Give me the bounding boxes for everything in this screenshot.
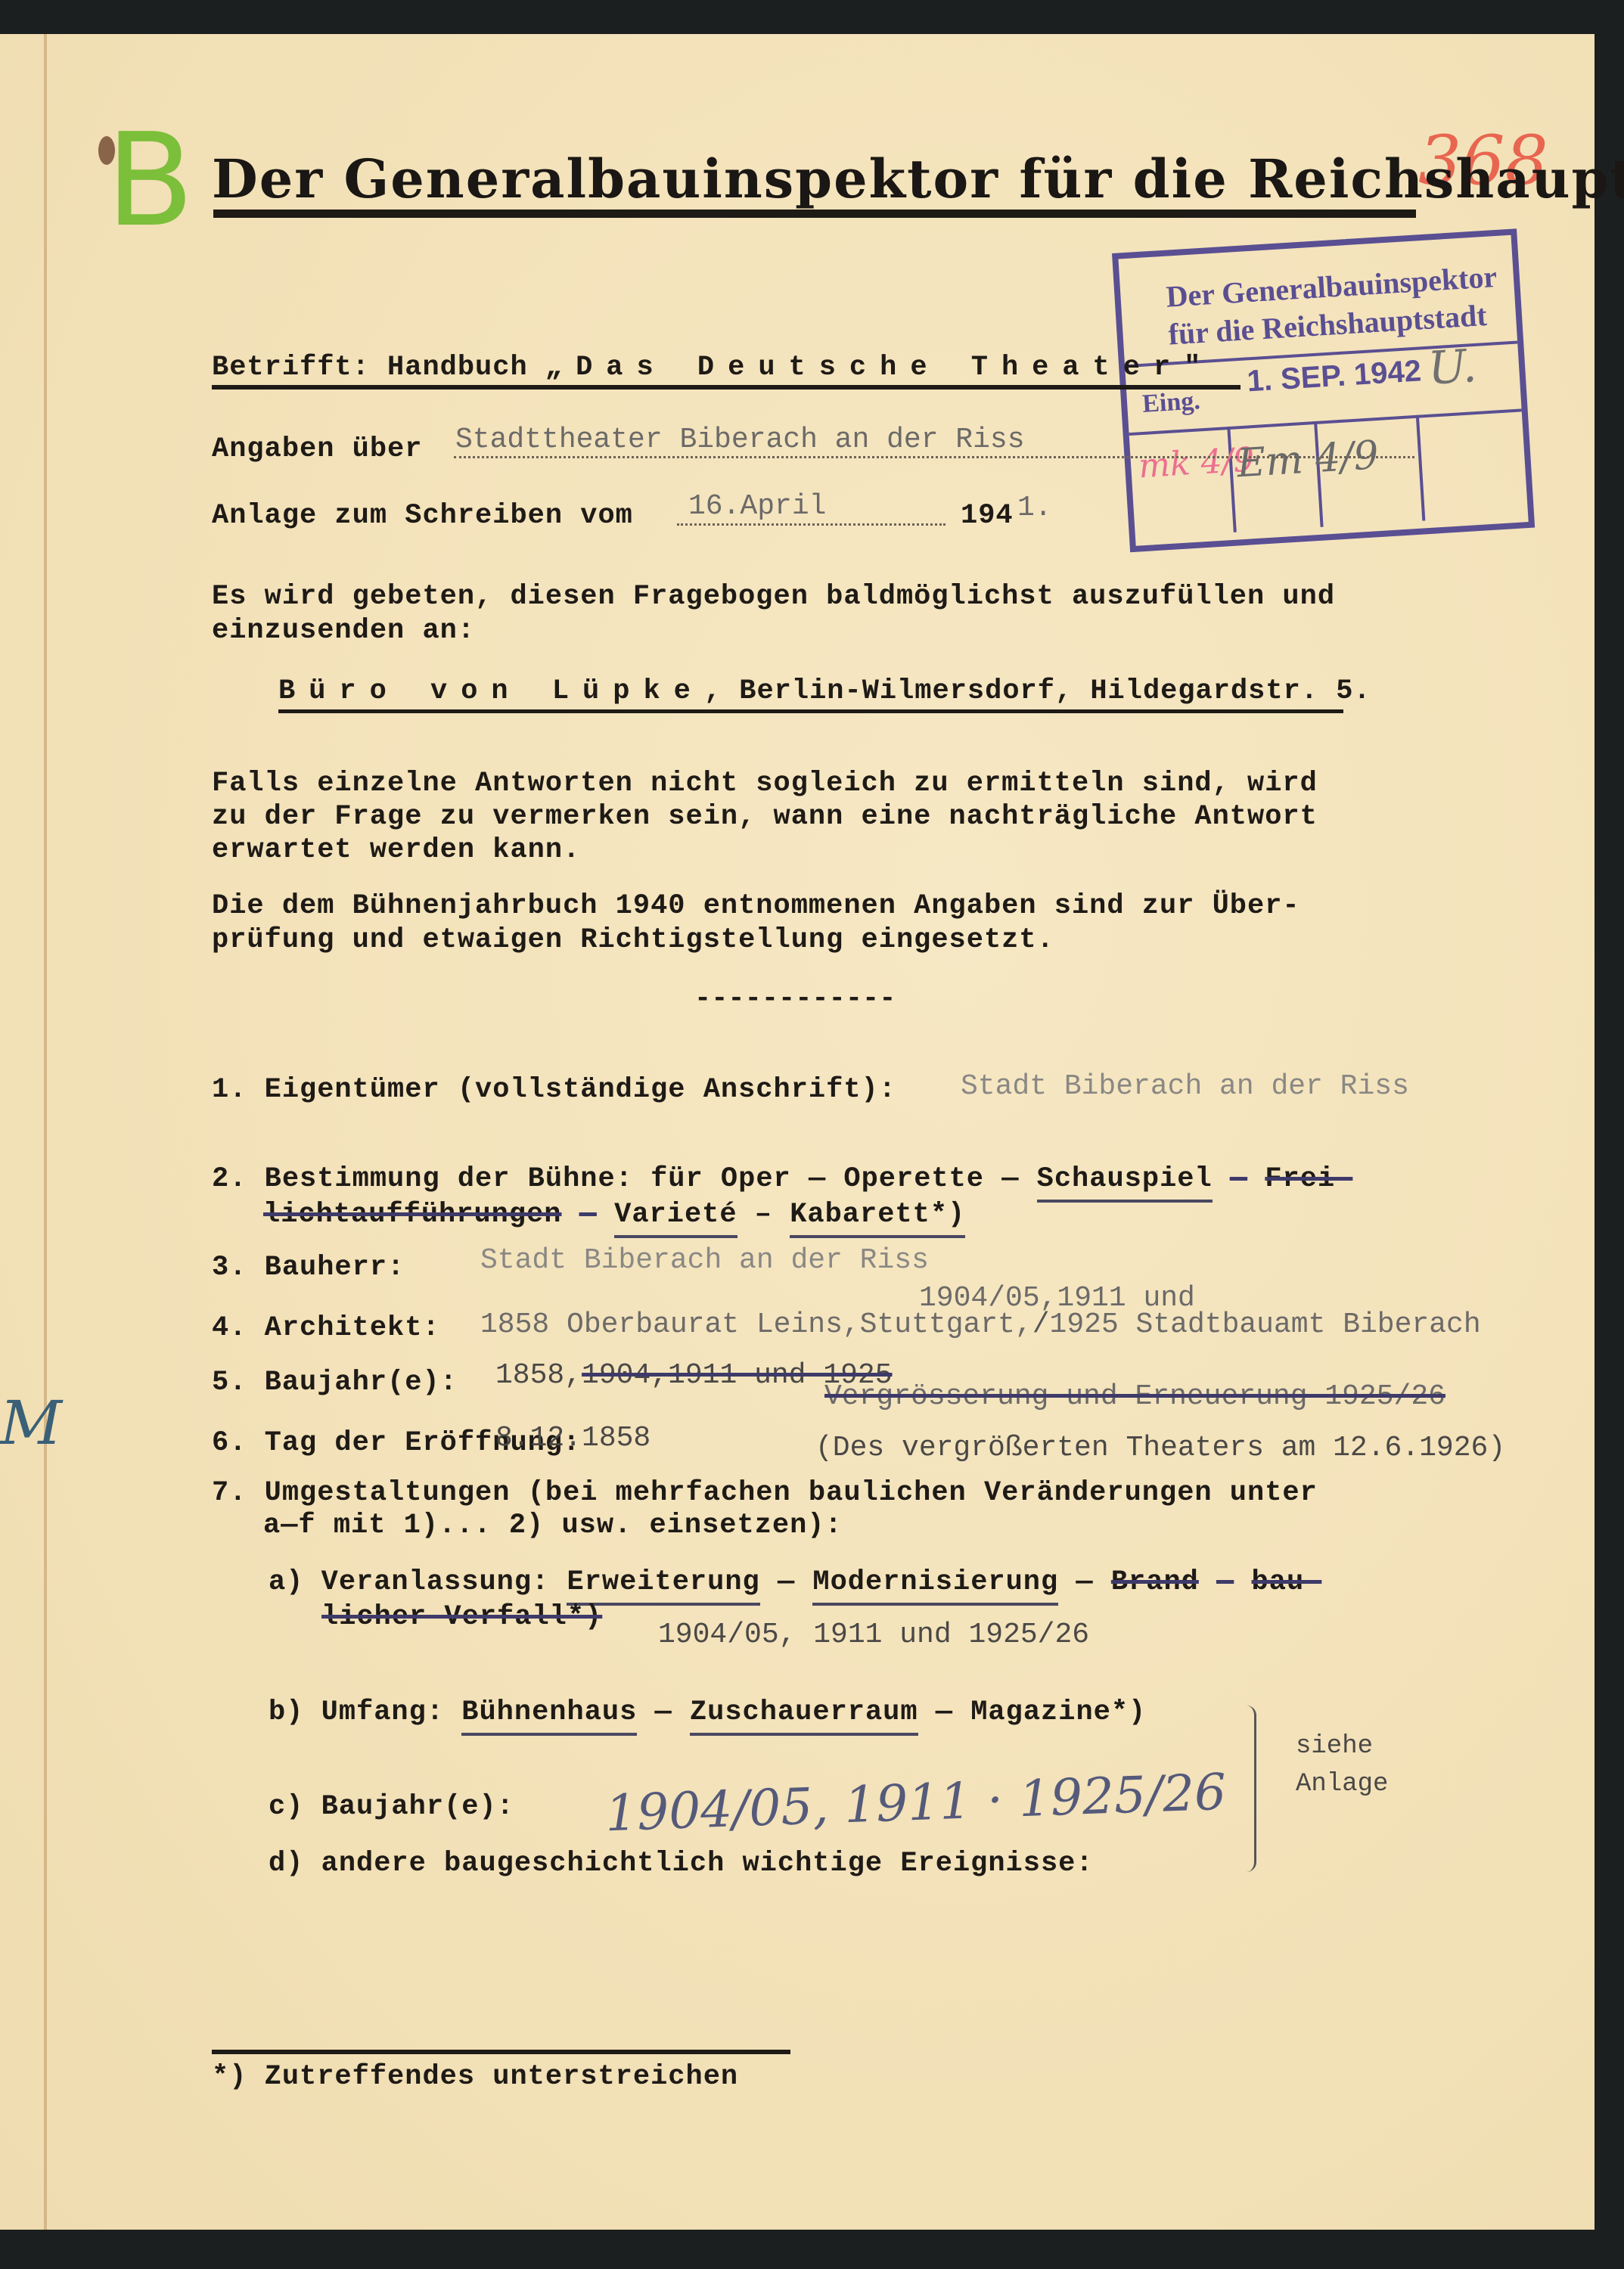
q2-line-1: 2. Bestimmung der Bühne: für Oper — Oper… bbox=[212, 1163, 1352, 1195]
q7a-option-verfall: licher Verfall*) bbox=[321, 1601, 602, 1633]
about-value: Stadttheater Biberach an der Riss bbox=[455, 424, 1025, 456]
note2-line-1: Die dem Bühnenjahrbuch 1940 entnommenen … bbox=[212, 890, 1300, 922]
q7b-option-buehnenhaus: Bühnenhaus bbox=[461, 1696, 637, 1736]
q5-label: 5. Baujahr(e): bbox=[212, 1367, 458, 1398]
q2-line-2: lichtaufführungen — Varieté – Kabarett*) bbox=[263, 1199, 965, 1231]
attachment-date-line bbox=[677, 523, 946, 526]
q7-label-line-1: 7. Umgestaltungen (bei mehrfachen baulic… bbox=[212, 1477, 1318, 1509]
q5-struck-note: Vergrösserung und Erneuerung 1925/26 bbox=[824, 1380, 1445, 1413]
subject-underline bbox=[212, 385, 1241, 390]
q2-option-schauspiel: Schauspiel bbox=[1037, 1163, 1213, 1203]
bracket-note-line-2: Anlage bbox=[1296, 1770, 1388, 1799]
q5-answer-year: 1858, bbox=[495, 1359, 582, 1392]
q4-answer-part2: 1925 Stadtbauamt Biberach bbox=[1050, 1308, 1481, 1341]
request-line-2: einzusenden an: bbox=[212, 615, 475, 647]
q7a-option-modernisierung: Modernisierung bbox=[812, 1566, 1058, 1606]
ink-spot bbox=[98, 136, 115, 165]
q7b-label: b) Umfang: bbox=[269, 1696, 444, 1728]
q1-answer: Stadt Biberach an der Riss bbox=[961, 1070, 1409, 1103]
q7-label-line-2: a—f mit 1)... 2) usw. einsetzen): bbox=[263, 1510, 843, 1541]
about-label: Angaben über bbox=[212, 433, 422, 465]
q4-answer: 1858 Oberbaurat Leins,Stuttgart,/1925 St… bbox=[480, 1308, 1481, 1341]
note2-line-2: prüfung und etwaigen Richtigstellung ein… bbox=[212, 924, 1054, 956]
q2-option-operette: Operette bbox=[843, 1163, 984, 1195]
q7b-line: b) Umfang: Bühnenhaus — Zuschauerraum — … bbox=[269, 1696, 1146, 1728]
subject-title: „Das Deutsche Theater" bbox=[545, 352, 1214, 383]
subject-label: Betrifft: Handbuch bbox=[212, 352, 528, 383]
q7b-option-magazine: Magazine*) bbox=[970, 1696, 1146, 1728]
address-name: Büro von Lüpke bbox=[278, 675, 704, 707]
margin-mark: M bbox=[0, 1388, 62, 1458]
note1-line-3: erwartet werden kann. bbox=[212, 834, 580, 866]
stamp-cell-divider bbox=[1416, 415, 1426, 521]
q2-option-variete: Varieté bbox=[614, 1199, 737, 1238]
letterhead-title: Der Generalbauinspektor für die Reichsha… bbox=[212, 147, 1624, 210]
attachment-label: Anlage zum Schreiben vom bbox=[212, 500, 633, 532]
bracket bbox=[1247, 1706, 1256, 1872]
letterhead-rule bbox=[213, 210, 1416, 218]
q4-label: 4. Architekt: bbox=[212, 1312, 440, 1344]
q4-answer-part1: 1858 Oberbaurat Leins,Stuttgart, bbox=[480, 1308, 1032, 1341]
q7a-label: a) Veranlassung: bbox=[269, 1566, 549, 1598]
address-line: Büro von Lüpke, Berlin-Wilmersdorf, Hild… bbox=[278, 675, 1371, 707]
q3-label: 3. Bauherr: bbox=[212, 1252, 405, 1283]
q7a-line-1: a) Veranlassung: Erweiterung — Modernisi… bbox=[269, 1566, 1321, 1598]
section-separator: ------------ bbox=[694, 983, 896, 1015]
q2-option-frei: Frei- bbox=[1265, 1163, 1352, 1195]
attachment-year-prefix: 194 bbox=[961, 500, 1014, 532]
q2-label: 2. Bestimmung der Bühne: für bbox=[212, 1163, 703, 1195]
stamp-initial: U. bbox=[1427, 340, 1478, 396]
green-letter-annotation: B bbox=[106, 106, 194, 256]
about-field-line bbox=[454, 456, 1414, 458]
q3-answer: Stadt Biberach an der Riss bbox=[480, 1244, 929, 1277]
q6-note: (Des vergrößerten Theaters am 12.6.1926) bbox=[815, 1432, 1505, 1464]
stamp-received-date: 1. SEP. 1942 bbox=[1246, 354, 1422, 399]
q7a-option-erweiterung: Erweiterung bbox=[567, 1566, 759, 1606]
note1-line-2: zu der Frage zu vermerken sein, wann ein… bbox=[212, 801, 1318, 833]
q7d-label: d) andere baugeschichtlich wichtige Erei… bbox=[269, 1848, 1094, 1879]
stamp-pencil-note: Em 4/9 bbox=[1235, 433, 1380, 486]
q2-option-kabarett: Kabarett*) bbox=[790, 1199, 965, 1238]
address-rest: , Berlin-Wilmersdorf, Hildegardstr. 5. bbox=[704, 675, 1371, 707]
received-stamp: Der Generalbauinspektor für die Reichsha… bbox=[1112, 228, 1535, 552]
address-underline bbox=[278, 709, 1343, 713]
attachment-date-value: 16.April bbox=[688, 490, 826, 523]
footnote-text: *) Zutreffendes unterstreichen bbox=[212, 2061, 738, 2093]
q7c-label: c) Baujahr(e): bbox=[269, 1791, 514, 1823]
page-fold bbox=[44, 34, 47, 2230]
q6-answer: 8.12.1858 bbox=[495, 1422, 651, 1454]
q7a-option-bau: bau- bbox=[1252, 1566, 1322, 1598]
footnote-rule bbox=[212, 2050, 790, 2054]
q2-option-lichtauffuehrungen: lichtaufführungen bbox=[263, 1199, 561, 1231]
q1-label: 1. Eigentümer (vollständige Anschrift): bbox=[212, 1074, 896, 1106]
note1-line-1: Falls einzelne Antworten nicht sogleich … bbox=[212, 768, 1318, 799]
q7a-option-brand: Brand bbox=[1111, 1566, 1199, 1598]
request-line-1: Es wird gebeten, diesen Fragebogen baldm… bbox=[212, 581, 1335, 613]
q7a-answer: 1904/05, 1911 und 1925/26 bbox=[658, 1619, 1089, 1651]
q7b-option-zuschauerraum: Zuschauerraum bbox=[690, 1696, 918, 1736]
q7c-handwritten-answer: 1904/05, 1911 · 1925/26 bbox=[604, 1763, 1227, 1843]
stamp-received-label: Eing. bbox=[1141, 386, 1201, 419]
attachment-year-suffix: 1. bbox=[1017, 492, 1052, 524]
bracket-note-line-1: siehe bbox=[1296, 1732, 1373, 1761]
q2-option-oper: Oper bbox=[721, 1163, 791, 1195]
subject-line: Betrifft: Handbuch „Das Deutsche Theater… bbox=[212, 352, 1214, 383]
document-page: B 368 M Der Generalbauinspektor für die … bbox=[0, 34, 1595, 2230]
